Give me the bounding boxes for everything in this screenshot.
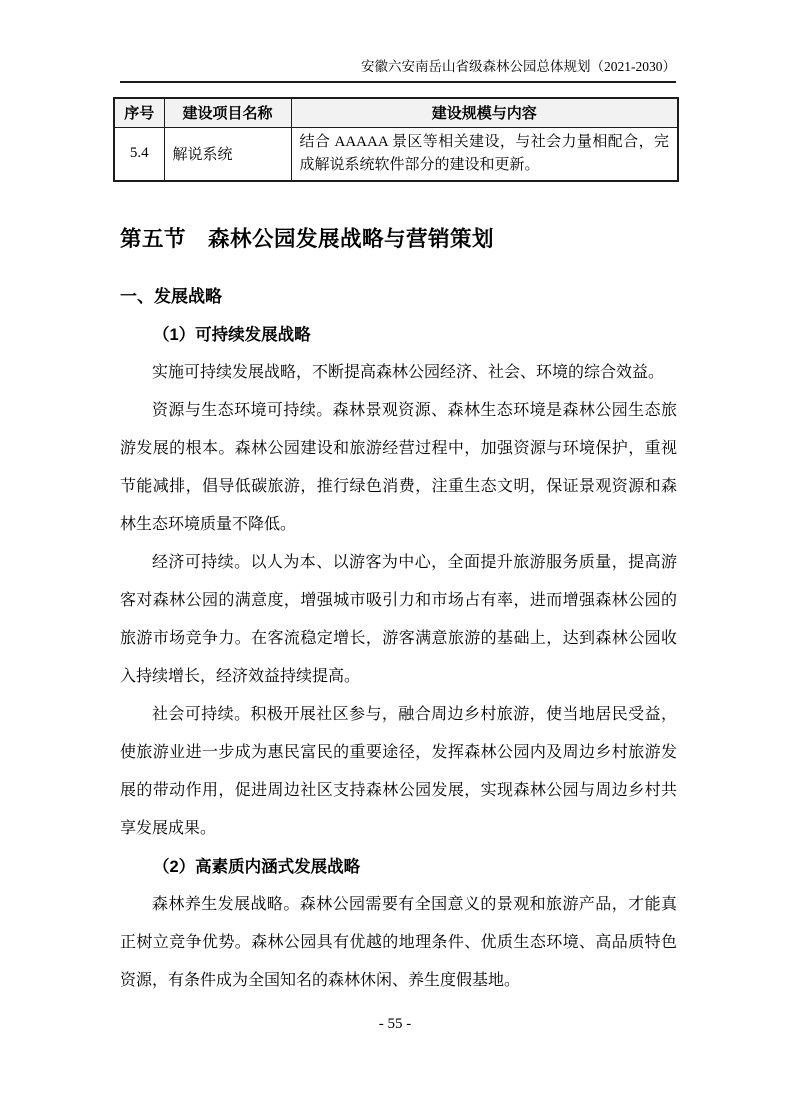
construction-projects-table: 序号 建设项目名称 建设规模与内容 5.4 解说系统 结合 AAAAA 景区等相… [113,97,679,182]
document-page: 安徽六安南岳山省级森林公园总体规划（2021-2030） 序号 建设项目名称 建… [0,0,790,1118]
paragraph-2: 资源与生态环境可持续。森林景观资源、森林生态环境是森林公园生态旅游发展的根本。森… [120,392,677,544]
column-header-scale-content: 建设规模与内容 [291,98,678,127]
cell-scale-content: 结合 AAAAA 景区等相关建设，与社会力量相配合，完成解说系统软件部分的建设和… [291,127,678,181]
sub-heading-development-strategy: 一、发展战略 [120,278,677,316]
running-header-title: 安徽六安南岳山省级森林公园总体规划（2021-2030） [361,59,676,74]
paragraph-1: 实施可持续发展战略，不断提高森林公园经济、社会、环境的综合效益。 [120,354,677,392]
paragraph-5: 森林养生发展战略。森林公园需要有全国意义的景观和旅游产品，才能真正树立竞争优势。… [120,886,677,1000]
page-number: - 55 - [0,1013,790,1035]
paragraph-3: 经济可持续。以人为本、以游客为中心，全面提升旅游服务质量，提高游客对森林公园的满… [120,544,677,696]
table-header-row: 序号 建设项目名称 建设规模与内容 [114,98,678,127]
table-row: 5.4 解说系统 结合 AAAAA 景区等相关建设，与社会力量相配合，完成解说系… [114,127,678,181]
column-header-index: 序号 [114,98,164,127]
cell-index: 5.4 [114,127,164,181]
paragraph-4: 社会可持续。积极开展社区参与，融合周边乡村旅游，使当地居民受益，使旅游业进一步成… [120,696,677,848]
column-header-project-name: 建设项目名称 [164,98,291,127]
running-header: 安徽六安南岳山省级森林公园总体规划（2021-2030） [120,57,676,83]
section-title: 第五节 森林公园发展战略与营销策划 [120,218,677,260]
numbered-heading-quality-strategy: （2）高素质内涵式发展战略 [120,848,677,886]
main-content: 第五节 森林公园发展战略与营销策划 一、发展战略 （1）可持续发展战略 实施可持… [120,218,677,1000]
cell-project-name: 解说系统 [164,127,291,181]
numbered-heading-sustainable-strategy: （1）可持续发展战略 [120,316,677,354]
